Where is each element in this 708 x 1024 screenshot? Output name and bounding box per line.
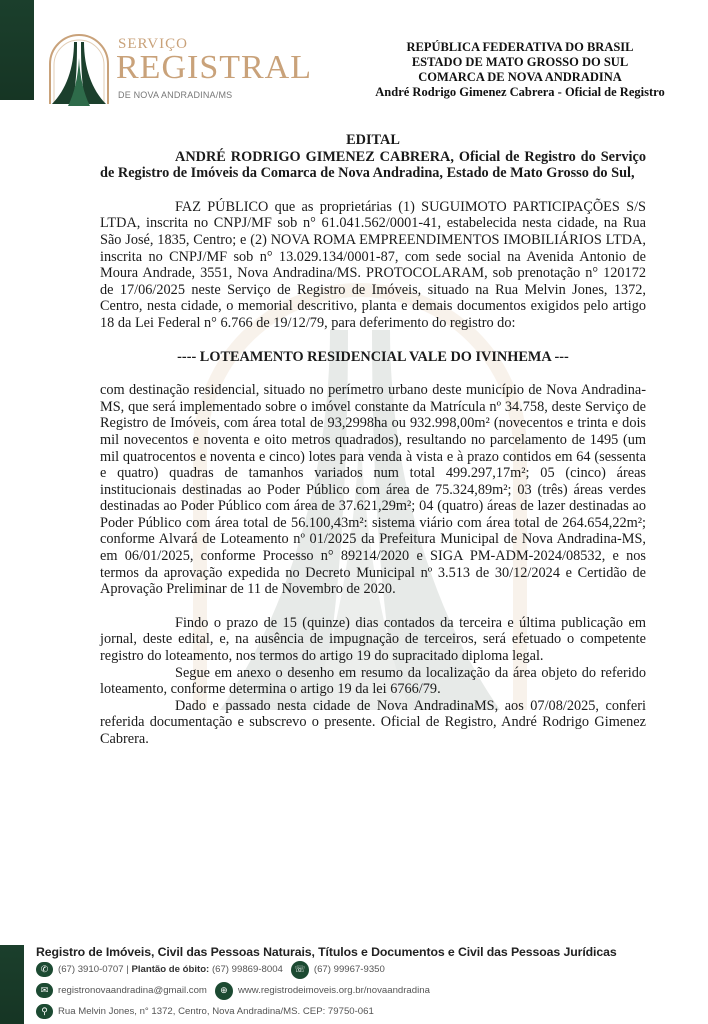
- footer-contact-row: ✆ (67) 3910-0707 | Plantão de óbito: (67…: [36, 959, 708, 980]
- document-body: EDITAL ANDRÉ RODRIGO GIMENEZ CABRERA, Of…: [100, 132, 646, 748]
- phone-icon: ✆: [36, 962, 53, 977]
- header-line-state: ESTADO DE MATO GROSSO DO SUL: [320, 55, 708, 70]
- email-icon: ✉: [36, 983, 53, 998]
- document-intro: ANDRÉ RODRIGO GIMENEZ CABRERA, Oficial d…: [100, 149, 646, 182]
- logo-emblem-icon: [44, 28, 114, 108]
- government-header: REPÚBLICA FEDERATIVA DO BRASIL ESTADO DE…: [320, 40, 708, 100]
- footer-address-row: ⚲ Rua Melvin Jones, n° 1372, Centro, Nov…: [36, 1001, 708, 1022]
- location-pin-icon: ⚲: [36, 1004, 53, 1019]
- footer-plantao-label: Plantão de óbito:: [131, 964, 209, 975]
- paragraph-deadline: Findo o prazo de 15 (quinze) dias contad…: [100, 615, 646, 665]
- footer-address: Rua Melvin Jones, n° 1372, Centro, Nova …: [58, 1006, 374, 1017]
- footer-phone[interactable]: (67) 3910-0707 |: [58, 964, 129, 975]
- footer: Registro de Imóveis, Civil das Pessoas N…: [36, 945, 708, 1022]
- logo-text-registral: REGISTRAL: [116, 50, 312, 86]
- footer-email[interactable]: registronovaandradina@gmail.com: [58, 985, 207, 996]
- logo-text-subtitle: DE NOVA ANDRADINA/MS: [118, 90, 232, 100]
- whatsapp-icon: ☏: [291, 961, 309, 979]
- globe-icon: ⊕: [215, 982, 233, 1000]
- footer-plantao-phone[interactable]: (67) 99869-8004: [212, 964, 283, 975]
- footer-whatsapp[interactable]: (67) 99967-9350: [314, 964, 385, 975]
- paragraph-subdivision-details: com destinação residencial, situado no p…: [100, 382, 646, 598]
- paragraph-signature: Dado e passado nesta cidade de Nova Andr…: [100, 698, 646, 748]
- subdivision-title: ---- LOTEAMENTO RESIDENCIAL VALE DO IVIN…: [100, 349, 646, 366]
- footer-online-row: ✉ registronovaandradina@gmail.com ⊕ www.…: [36, 980, 708, 1001]
- document-title: EDITAL: [100, 132, 646, 149]
- logo: SERVIÇO REGISTRAL DE NOVA ANDRADINA/MS: [44, 28, 284, 108]
- green-side-bar-top: [0, 0, 34, 100]
- footer-website[interactable]: www.registrodeimoveis.org.br/novaandradi…: [238, 985, 430, 996]
- header-line-republic: REPÚBLICA FEDERATIVA DO BRASIL: [320, 40, 708, 55]
- footer-title: Registro de Imóveis, Civil das Pessoas N…: [36, 945, 708, 959]
- header-line-officer: André Rodrigo Gimenez Cabrera - Oficial …: [320, 85, 708, 100]
- paragraph-annex: Segue em anexo o desenho em resumo da lo…: [100, 665, 646, 698]
- header-line-comarca: COMARCA DE NOVA ANDRADINA: [320, 70, 708, 85]
- paragraph-faz-publico: FAZ PÚBLICO que as proprietárias (1) SUG…: [100, 199, 646, 332]
- green-side-bar-bottom: [0, 945, 24, 1024]
